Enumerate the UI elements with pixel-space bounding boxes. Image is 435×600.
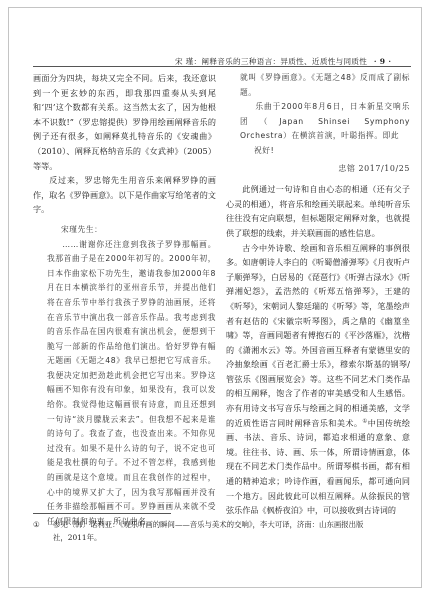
footnote-text: 参见〔韩〕诺利亚：《观乐听画的瞬间——音乐与美术的交响》，李大可译，济南：山东画…: [53, 520, 363, 529]
right-column: 就叫《罗铮画意》。《无题之48》反而成了副标题。 乐曲于2000年8月6日，日本…: [226, 71, 410, 518]
letter-salutation: 宋瑾先生：: [33, 223, 216, 238]
page-number: · 9 ·: [374, 57, 391, 66]
letter-signature: 忠镕 2017/10/25: [226, 162, 410, 177]
left-column: 画面分为四块，每块又完全不同。后来，我还意识到一个更玄妙的东西，即我那四重奏从头…: [33, 71, 216, 529]
footnote-text-continued: 社，2011年。: [33, 532, 383, 545]
paragraph: 画面分为四块，每块又完全不同。后来，我还意识到一个更玄妙的东西，即我那四重奏从头…: [33, 71, 216, 173]
header-rule: [33, 66, 411, 67]
footnote-marker: ①: [33, 519, 53, 532]
running-head-title: 阐释音乐的三种语言：异质性、近质性与同质性: [201, 57, 367, 66]
letter-quote-continued: 就叫《罗铮画意》。《无题之48》反而成了副标题。 乐曲于2000年8月6日，日本…: [226, 71, 410, 176]
running-head-author: 宋 瑾: [175, 57, 194, 66]
letter-premiere: 乐曲于2000年8月6日，日本新星交响乐团（Japan Shinsei Symp…: [226, 100, 410, 144]
paragraph: 古今中外诗歌、绘画和音乐相互阐释的事例很多。如唐朝诗人李白的《听蜀僧濬弹琴》《月…: [226, 241, 410, 518]
letter-body-continued: 就叫《罗铮画意》。《无题之48》反而成了副标题。: [226, 71, 410, 100]
letter-quote: 宋瑾先生： ……谢谢你还注意到我孩子罗铮那幅画。我那首曲子是在2000年初写的。…: [33, 223, 216, 529]
paragraph: 反过来，罗忠镕先生用音乐来阐释罗铮的画作，取名《罗铮画意》。以下是作曲家写给笔者…: [33, 173, 216, 217]
paragraph-text: 中国传统绘画、书法、音乐、诗词，都追求相通的意象、意境。往往书、诗、画、乐一体，…: [226, 418, 410, 516]
footnote: ①参见〔韩〕诺利亚：《观乐听画的瞬间——音乐与美术的交响》，李大可译，济南：山东…: [33, 519, 383, 544]
paragraph-text: 古今中外诗歌、绘画和音乐相互阐释的事例很多。如唐朝诗人李白的《听蜀僧濬弹琴》《月…: [226, 243, 410, 428]
paragraph: 此例通过一句诗和自由心态的相通（还有父子心灵的相通），将音乐和绘画关联起来。单纯…: [226, 182, 410, 240]
letter-body: ……谢谢你还注意到我孩子罗铮那幅画。我那首曲子是在2000年初写的。2000年初…: [33, 238, 216, 530]
footnote-rule: [33, 513, 171, 514]
letter-sign-off: 祝好!: [226, 144, 410, 159]
